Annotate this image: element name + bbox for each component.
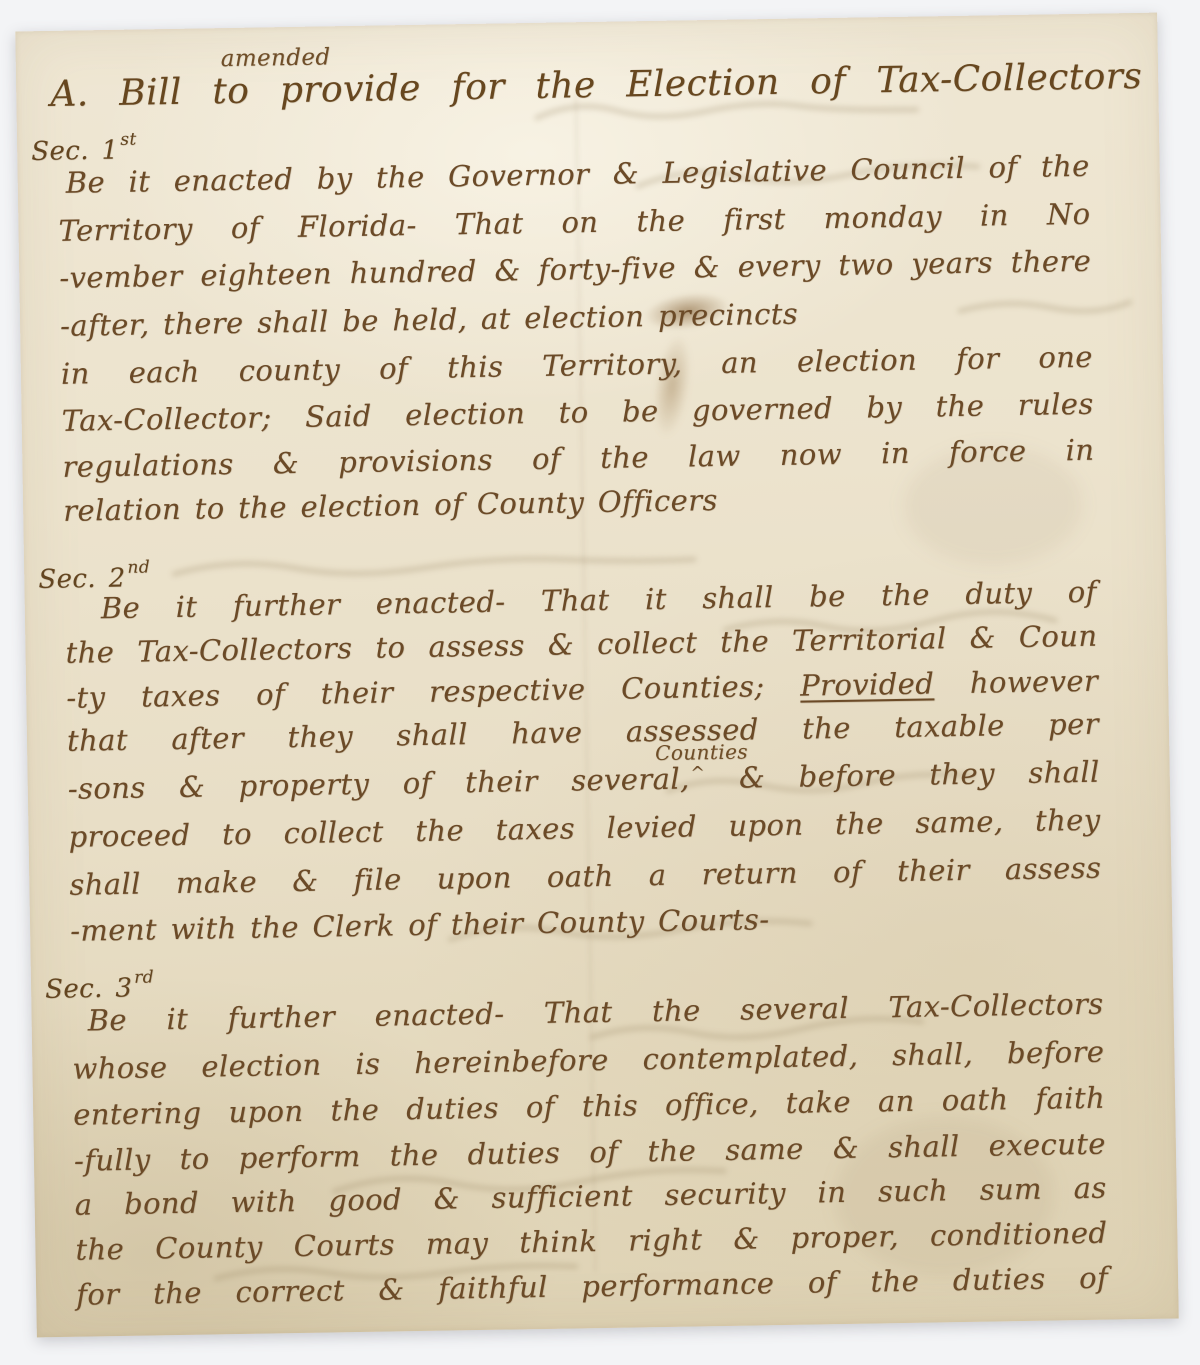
caret-mark: ^ [690,765,705,782]
ordinal-suffix: st [120,130,137,150]
underlined-word: Provided [800,666,935,702]
insertion-point: ^Counties [689,758,705,788]
line-text: however [934,664,1099,701]
ordinal-suffix: rd [134,967,154,987]
manuscript-page: amended A. Bill to provide for the Elect… [15,13,1178,1338]
interlineation-counties: Counties [655,742,748,764]
line-text: & before they shall [705,755,1100,796]
ordinal-suffix: nd [127,557,150,577]
line-text: -sons & property of their several, [68,761,690,805]
scan-background: amended A. Bill to provide for the Elect… [0,0,1200,1365]
